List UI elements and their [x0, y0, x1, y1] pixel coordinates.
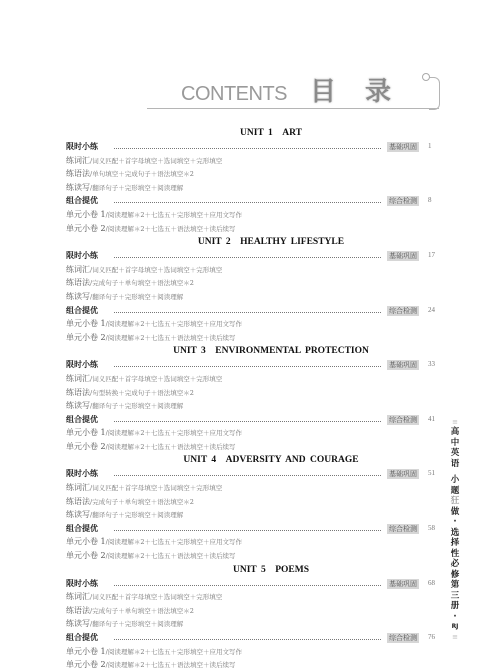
toc-subitem: 单元小卷 1/阅读理解＊2＋七选五＋完形填空＋应用文写作	[66, 426, 446, 440]
subitem-label: 练读写	[66, 619, 90, 628]
section-label: 限时小练	[66, 142, 98, 151]
subitem-label: 练读写	[66, 401, 90, 410]
subitem-label: 单元小卷 1	[66, 210, 106, 219]
unit-4: UNIT 4 ADVERSITY AND COURAGE 限时小练 基础巩固 5…	[66, 453, 446, 562]
page-number: 76	[428, 631, 435, 645]
toc-entry-practice[interactable]: 限时小练 基础巩固 68	[66, 577, 446, 591]
spine-char: 册	[449, 601, 461, 612]
toc-entry-advance[interactable]: 组合提优 综合检测 76	[66, 631, 446, 645]
spine-separator: ·	[449, 517, 461, 528]
toc-entry-advance[interactable]: 组合提优 综合检测 24	[66, 304, 446, 318]
dot-leader	[114, 475, 381, 476]
section-label: 组合提优	[66, 524, 98, 533]
toc-subitem: 单元小卷 2/阅读理解＊2＋七选五＋语法填空＋读后续写	[66, 440, 446, 454]
header-rule	[147, 108, 439, 109]
toc-subitem: 单元小卷 2/阅读理解＊2＋七选五＋语法填空＋读后续写	[66, 549, 446, 563]
unit-title: UNIT 5 POEMS	[66, 563, 446, 577]
section-label: 组合提优	[66, 196, 98, 205]
subitem-desc: /阅读理解＊2＋七选五＋语法填空＋读后续写	[106, 334, 236, 342]
subitem-label: 练词汇	[66, 156, 90, 165]
toc-subitem: 单元小卷 1/阅读理解＊2＋七选五＋完形填空＋应用文写作	[66, 208, 446, 222]
header-hook-decoration	[429, 77, 440, 110]
subitem-label: 练语法	[66, 169, 90, 178]
toc-subitem: 练读写/翻译句子＋完形填空＋阅读理解	[66, 181, 446, 195]
section-badge: 基础巩固	[387, 469, 419, 479]
subitem-label: 单元小卷 1	[66, 428, 106, 437]
subitem-desc: /阅读理解＊2＋七选五＋语法填空＋读后续写	[106, 225, 236, 233]
header-circle-icon	[422, 73, 430, 81]
toc-subitem: 单元小卷 2/阅读理解＊2＋七选五＋语法填空＋读后续写	[66, 222, 446, 236]
section-badge: 综合检测	[387, 633, 419, 643]
subitem-label: 练语法	[66, 606, 90, 615]
toc-subitem: 练词汇/词义匹配＋首字母填空＋选词填空＋完形填空	[66, 372, 446, 386]
subitem-label: 练词汇	[66, 483, 90, 492]
subitem-desc: /阅读理解＊2＋七选五＋语法填空＋读后续写	[106, 443, 236, 451]
toc-entry-practice[interactable]: 限时小练 基础巩固 51	[66, 467, 446, 481]
subitem-desc: /句型转换＋完成句子＋语法填空＊2	[90, 389, 194, 397]
subitem-label: 单元小卷 2	[66, 551, 106, 560]
section-badge: 基础巩固	[387, 360, 419, 370]
dot-leader	[114, 530, 381, 531]
page-number: 8	[428, 194, 432, 208]
dot-leader	[114, 257, 381, 258]
page-number: 51	[428, 467, 435, 481]
subitem-desc: /完成句子＋单句填空＋语法填空＊2	[90, 607, 194, 615]
page-number: 58	[428, 522, 435, 536]
dot-leader	[114, 421, 381, 422]
subitem-desc: /词义匹配＋首字母填空＋选词填空＋完形填空	[90, 157, 222, 165]
book-spine-label: ≡ 高 中 英 语 小 题 狂 做 · 选 择 性 必 修 第 三 册 · RJ…	[449, 418, 461, 642]
section-label: 组合提优	[66, 306, 98, 315]
subitem-desc: /阅读理解＊2＋七选五＋完形填空＋应用文写作	[106, 538, 242, 546]
subitem-label: 练语法	[66, 388, 90, 397]
subitem-label: 练读写	[66, 510, 90, 519]
unit-title: UNIT 1 ART	[66, 126, 446, 140]
section-badge: 基础巩固	[387, 251, 419, 261]
subitem-label: 练词汇	[66, 374, 90, 383]
subitem-label: 练语法	[66, 278, 90, 287]
unit-5: UNIT 5 POEMS 限时小练 基础巩固 68 练词汇/词义匹配＋首字母填空…	[66, 563, 446, 668]
section-badge: 基础巩固	[387, 579, 419, 589]
section-badge: 基础巩固	[387, 142, 419, 152]
subitem-label: 单元小卷 2	[66, 224, 106, 233]
subitem-desc: /阅读理解＊2＋七选五＋完形填空＋应用文写作	[106, 320, 242, 328]
dot-leader	[114, 312, 381, 313]
spine-char: 三	[449, 591, 461, 602]
toc-subitem: 单元小卷 2/阅读理解＊2＋七选五＋语法填空＋读后续写	[66, 331, 446, 345]
section-badge: 综合检测	[387, 306, 419, 316]
subitem-label: 单元小卷 1	[66, 537, 106, 546]
toc-subitem: 练语法/完成句子＋单句填空＋语法填空＊2	[66, 604, 446, 618]
toc-entry-advance[interactable]: 组合提优 综合检测 41	[66, 413, 446, 427]
spine-char: 必	[449, 559, 461, 570]
subitem-desc: /词义匹配＋首字母填空＋选词填空＋完形填空	[90, 266, 222, 274]
subitem-desc: /完成句子＋单句填空＋语法填空＊2	[90, 279, 194, 287]
spine-char: 修	[449, 570, 461, 581]
toc-entry-practice[interactable]: 限时小练 基础巩固 33	[66, 358, 446, 372]
subitem-desc: /翻译句子＋完形填空＋阅读理解	[90, 184, 183, 192]
subitem-label: 单元小卷 2	[66, 333, 106, 342]
spine-char: 狂	[449, 496, 461, 507]
subitem-desc: /阅读理解＊2＋七选五＋完形填空＋应用文写作	[106, 211, 242, 219]
section-badge: 综合检测	[387, 196, 419, 206]
spine-char: 中	[449, 438, 461, 449]
toc-subitem: 练语法/单句填空＋完成句子＋语法填空＊2	[66, 167, 446, 181]
unit-1: UNIT 1 ART 限时小练 基础巩固 1 练词汇/词义匹配＋首字母填空＋选词…	[66, 126, 446, 235]
subitem-label: 单元小卷 1	[66, 319, 106, 328]
subitem-desc: /完成句子＋单句填空＋语法填空＊2	[90, 498, 194, 506]
spine-char: 题	[449, 486, 461, 497]
spine-bars-top: ≡	[449, 420, 461, 425]
subitem-desc: /阅读理解＊2＋七选五＋语法填空＋读后续写	[106, 661, 236, 668]
dot-leader	[114, 202, 381, 203]
section-label: 组合提优	[66, 633, 98, 642]
contents-header: CONTENTS 目 录	[145, 68, 445, 112]
section-badge: 综合检测	[387, 415, 419, 425]
toc-subitem: 练语法/句型转换＋完成句子＋语法填空＊2	[66, 386, 446, 400]
toc-subitem: 单元小卷 1/阅读理解＊2＋七选五＋完形填空＋应用文写作	[66, 317, 446, 331]
dot-leader	[114, 585, 381, 586]
subitem-label: 练读写	[66, 292, 90, 301]
page-number: 17	[428, 249, 435, 263]
subitem-label: 单元小卷 1	[66, 647, 106, 656]
spine-char: 做	[449, 507, 461, 518]
dot-leader	[114, 639, 381, 640]
spine-char: 小	[449, 475, 461, 486]
contents-title-en: CONTENTS	[181, 83, 287, 106]
subitem-desc: /单句填空＋完成句子＋语法填空＊2	[90, 170, 194, 178]
spine-separator: ·	[449, 612, 461, 623]
spine-edition: RJ	[449, 622, 461, 633]
subitem-desc: /词义匹配＋首字母填空＋选词填空＋完形填空	[90, 484, 222, 492]
subitem-label: 练词汇	[66, 592, 90, 601]
section-label: 限时小练	[66, 469, 98, 478]
subitem-label: 单元小卷 2	[66, 442, 106, 451]
section-badge: 综合检测	[387, 524, 419, 534]
subitem-label: 练语法	[66, 497, 90, 506]
dot-leader	[114, 148, 381, 149]
toc-subitem: 单元小卷 1/阅读理解＊2＋七选五＋完形填空＋应用文写作	[66, 535, 446, 549]
spine-char: 语	[449, 459, 461, 470]
toc-entry-practice[interactable]: 限时小练 基础巩固 1	[66, 140, 446, 154]
section-label: 限时小练	[66, 251, 98, 260]
contents-title-cn-1: 目	[310, 71, 336, 108]
toc-subitem: 单元小卷 2/阅读理解＊2＋七选五＋语法填空＋读后续写	[66, 658, 446, 668]
unit-2: UNIT 2 HEALTHY LIFESTYLE 限时小练 基础巩固 17 练词…	[66, 235, 446, 344]
spine-char: 性	[449, 549, 461, 560]
subitem-desc: /词义匹配＋首字母填空＋选词填空＋完形填空	[90, 375, 222, 383]
toc-entry-advance[interactable]: 组合提优 综合检测 8	[66, 194, 446, 208]
toc-subitem: 练语法/完成句子＋单句填空＋语法填空＊2	[66, 276, 446, 290]
toc-entry-practice[interactable]: 限时小练 基础巩固 17	[66, 249, 446, 263]
subitem-desc: /词义匹配＋首字母填空＋选词填空＋完形填空	[90, 593, 222, 601]
dot-leader	[114, 366, 381, 367]
subitem-desc: /翻译句子＋完形填空＋阅读理解	[90, 402, 183, 410]
spine-char: 英	[449, 448, 461, 459]
section-label: 组合提优	[66, 415, 98, 424]
unit-3: UNIT 3 ENVIRONMENTAL PROTECTION 限时小练 基础巩…	[66, 344, 446, 453]
spine-char: 第	[449, 580, 461, 591]
toc-subitem: 单元小卷 1/阅读理解＊2＋七选五＋完形填空＋应用文写作	[66, 645, 446, 659]
subitem-label: 单元小卷 2	[66, 660, 106, 668]
spine-char: 选	[449, 528, 461, 539]
section-label: 限时小练	[66, 579, 98, 588]
subitem-desc: /翻译句子＋完形填空＋阅读理解	[90, 293, 183, 301]
subitem-desc: /翻译句子＋完形填空＋阅读理解	[90, 620, 183, 628]
unit-title: UNIT 2 HEALTHY LIFESTYLE	[66, 235, 446, 249]
page-number: 33	[428, 358, 435, 372]
contents-title-cn-2: 录	[365, 71, 391, 108]
subitem-desc: /翻译句子＋完形填空＋阅读理解	[90, 511, 183, 519]
subitem-desc: /阅读理解＊2＋七选五＋完形填空＋应用文写作	[106, 429, 242, 437]
section-label: 限时小练	[66, 360, 98, 369]
toc-subitem: 练读写/翻译句子＋完形填空＋阅读理解	[66, 290, 446, 304]
toc-subitem: 练读写/翻译句子＋完形填空＋阅读理解	[66, 617, 446, 631]
page-number: 24	[428, 304, 435, 318]
unit-title: UNIT 3 ENVIRONMENTAL PROTECTION	[66, 344, 446, 358]
toc-subitem: 练读写/翻译句子＋完形填空＋阅读理解	[66, 508, 446, 522]
subitem-label: 练词汇	[66, 265, 90, 274]
toc-subitem: 练词汇/词义匹配＋首字母填空＋选词填空＋完形填空	[66, 154, 446, 168]
unit-title: UNIT 4 ADVERSITY AND COURAGE	[66, 453, 446, 467]
toc-subitem: 练词汇/词义匹配＋首字母填空＋选词填空＋完形填空	[66, 481, 446, 495]
page-number: 68	[428, 577, 435, 591]
table-of-contents: UNIT 1 ART 限时小练 基础巩固 1 练词汇/词义匹配＋首字母填空＋选词…	[66, 126, 446, 668]
subitem-label: 练读写	[66, 183, 90, 192]
toc-subitem: 练语法/完成句子＋单句填空＋语法填空＊2	[66, 495, 446, 509]
spine-char: 高	[449, 427, 461, 438]
toc-subitem: 练词汇/词义匹配＋首字母填空＋选词填空＋完形填空	[66, 590, 446, 604]
spine-char: 择	[449, 538, 461, 549]
page-number: 41	[428, 413, 435, 427]
toc-subitem: 练词汇/词义匹配＋首字母填空＋选词填空＋完形填空	[66, 263, 446, 277]
page-number: 1	[428, 140, 432, 154]
toc-subitem: 练读写/翻译句子＋完形填空＋阅读理解	[66, 399, 446, 413]
subitem-desc: /阅读理解＊2＋七选五＋完形填空＋应用文写作	[106, 648, 242, 656]
toc-entry-advance[interactable]: 组合提优 综合检测 58	[66, 522, 446, 536]
subitem-desc: /阅读理解＊2＋七选五＋语法填空＋读后续写	[106, 552, 236, 560]
spine-bars-bottom: ≡	[449, 635, 461, 640]
